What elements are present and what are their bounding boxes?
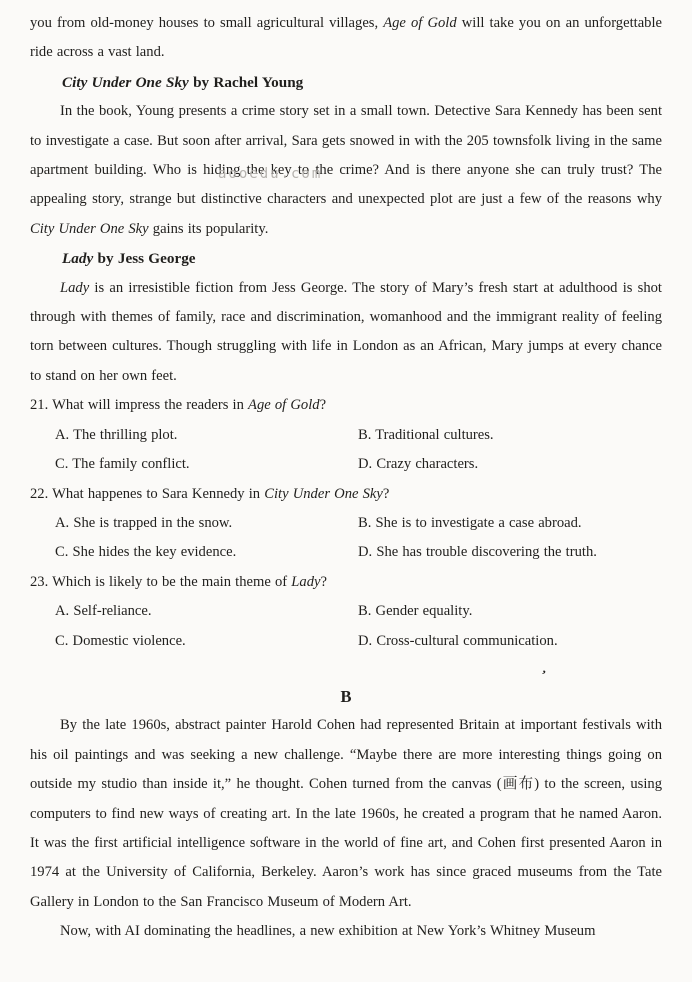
paragraph-city-under-one-sky: In the book, Young presents a crime stor… [30,97,662,244]
paragraph-whitney-museum: Now, with AI dominating the headlines, a… [30,917,662,946]
section-b-heading: B [30,682,662,711]
question-block-21: 21. What will impress the readers in Age… [30,391,662,479]
option-23-c: C. Domestic violence. [55,627,358,656]
option-22-d: D. She has trouble discovering the truth… [358,538,662,567]
question-21-options-row-1: A. The thrilling plot. B. Traditional cu… [30,421,662,450]
option-22-c: C. She hides the key evidence. [55,538,358,567]
question-22-prompt: 22. What happenes to Sara Kennedy in Cit… [30,480,662,509]
option-21-c: C. The family conflict. [55,450,358,479]
option-22-a: A. She is trapped in the snow. [55,509,358,538]
book-heading-city-under-one-sky: City Under One Sky by Rachel Young [30,68,662,97]
exam-page: aooedu.com you from old-money houses to … [0,0,692,982]
question-21-options-row-2: C. The family conflict. D. Crazy charact… [30,450,662,479]
scan-artifact-mark: ’ [539,668,547,682]
book-heading-lady: Lady by Jess George [30,244,662,273]
question-22-options-row-1: A. She is trapped in the snow. B. She is… [30,509,662,538]
option-21-b: B. Traditional cultures. [358,421,662,450]
option-23-b: B. Gender equality. [358,597,662,626]
option-23-d: D. Cross-cultural communication. [358,627,662,656]
question-22-options-row-2: C. She hides the key evidence. D. She ha… [30,538,662,567]
question-23-options-row-2: C. Domestic violence. D. Cross-cultural … [30,627,662,656]
option-21-d: D. Crazy characters. [358,450,662,479]
option-23-a: A. Self-reliance. [55,597,358,626]
question-block-22: 22. What happenes to Sara Kennedy in Cit… [30,480,662,568]
question-block-23: 23. Which is likely to be the main theme… [30,568,662,656]
paragraph-lady: Lady is an irresistible fiction from Jes… [30,274,662,392]
option-21-a: A. The thrilling plot. [55,421,358,450]
paragraph-age-of-gold-continuation: you from old-money houses to small agric… [30,9,662,68]
option-22-b: B. She is to investigate a case abroad. [358,509,662,538]
paragraph-harold-cohen: By the late 1960s, abstract painter Haro… [30,711,662,917]
question-23-prompt: 23. Which is likely to be the main theme… [30,568,662,597]
question-23-options-row-1: A. Self-reliance. B. Gender equality. [30,597,662,626]
question-21-prompt: 21. What will impress the readers in Age… [30,391,662,420]
